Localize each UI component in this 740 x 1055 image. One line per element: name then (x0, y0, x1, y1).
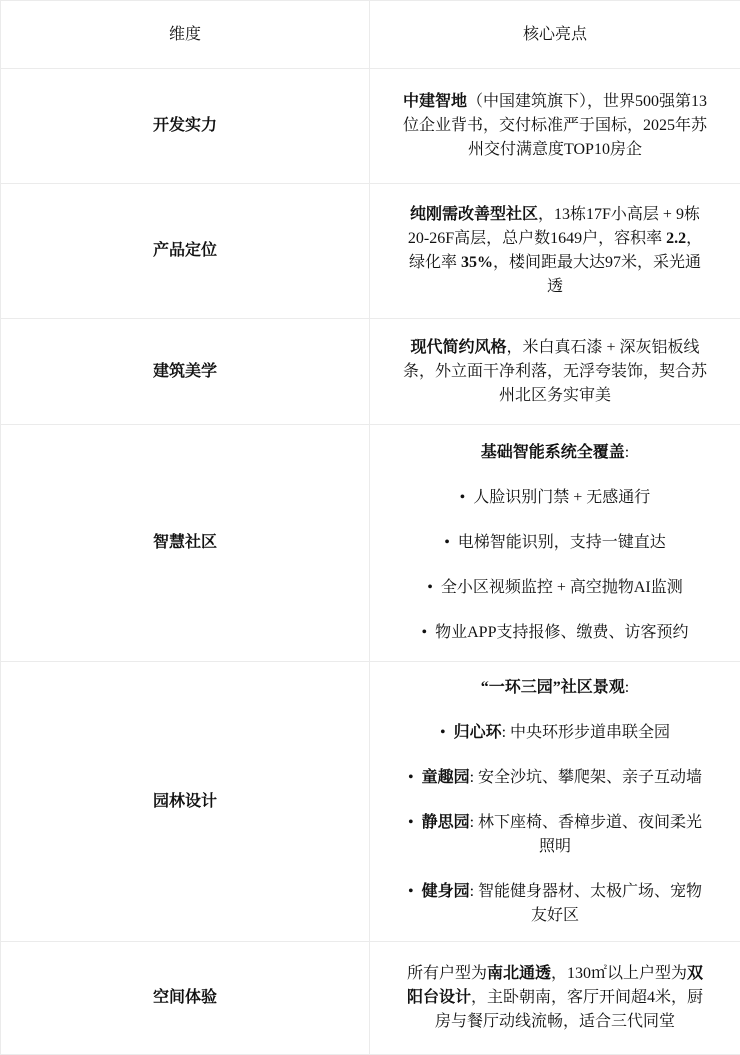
highlight-paragraph: 所有户型为南北通透，130㎡以上户型为双阳台设计，主卧朝南，客厅开间超4米，厨房… (401, 962, 709, 1034)
list-heading: “一环三园”社区景观: (481, 676, 629, 700)
text-bold: 基础智能系统全覆盖 (481, 444, 625, 461)
highlight-cell: 所有户型为南北通透，130㎡以上户型为双阳台设计，主卧朝南，客厅开间超4米，厨房… (370, 942, 740, 1055)
list-item: •物业APP支持报修、缴费、访客预约 (422, 621, 689, 645)
table-header-row: 维度 核心亮点 (1, 1, 740, 69)
text-bold: 南北通透 (487, 965, 551, 982)
list-item: •静思园: 林下座椅、香樟步道、夜间柔光照明 (401, 811, 709, 859)
text-bold: 2.2 (666, 230, 686, 247)
list-item: •电梯智能识别，支持一键直达 (444, 531, 666, 555)
text-plain: : 林下座椅、香樟步道、夜间柔光照明 (470, 814, 702, 855)
text-bold: 纯刚需改善型社区 (410, 206, 538, 223)
text-bold: 中建智地 (403, 93, 467, 110)
text-plain: ，130㎡以上户型为 (551, 965, 687, 982)
highlight-paragraph: 现代简约风格，米白真石漆 + 深灰铝板线条，外立面干净利落，无浮夸装饰，契合苏州… (401, 336, 709, 408)
text-bold: 健身园 (422, 883, 470, 900)
text-plain: : (625, 444, 629, 461)
dimension-label: 开发实力 (153, 117, 217, 134)
text-plain: : 中央环形步道串联全园 (502, 724, 670, 741)
text-plain: 电梯智能识别，支持一键直达 (458, 534, 666, 551)
list-item: •健身园: 智能健身器材、太极广场、宠物友好区 (401, 880, 709, 928)
table-row-smart-community: 智慧社区 基础智能系统全覆盖: •人脸识别门禁 + 无感通行 •电梯智能识别，支… (1, 425, 740, 662)
text-bold: 童趣园 (422, 769, 470, 786)
text-plain: ，楼间距最大达97米，采光通透 (493, 254, 701, 295)
highlight-list: “一环三园”社区景观: •归心环: 中央环形步道串联全园 •童趣园: 安全沙坑、… (401, 676, 709, 928)
text-plain: : (625, 679, 629, 696)
table-row-space-experience: 空间体验 所有户型为南北通透，130㎡以上户型为双阳台设计，主卧朝南，客厅开间超… (1, 942, 740, 1055)
bullet-icon: • (422, 624, 428, 641)
text-bold: 现代简约风格 (410, 339, 506, 356)
dimension-label: 空间体验 (153, 989, 217, 1006)
text-bold: “一环三园”社区景观 (481, 679, 625, 696)
dimension-label: 建筑美学 (153, 363, 217, 380)
table-row-architectural-aesthetics: 建筑美学 现代简约风格，米白真石漆 + 深灰铝板线条，外立面干净利落，无浮夸装饰… (1, 319, 740, 425)
table-row-landscape-design: 园林设计 “一环三园”社区景观: •归心环: 中央环形步道串联全园 •童趣园: … (1, 662, 740, 942)
bullet-icon: • (408, 883, 414, 900)
text-plain: 全小区视频监控 + 高空抛物AI监测 (441, 579, 683, 596)
dimension-label: 产品定位 (153, 242, 217, 259)
dimension-cell: 开发实力 (1, 69, 370, 184)
highlight-cell: 基础智能系统全覆盖: •人脸识别门禁 + 无感通行 •电梯智能识别，支持一键直达… (370, 425, 740, 662)
dimension-cell: 产品定位 (1, 184, 370, 319)
highlight-cell: 现代简约风格，米白真石漆 + 深灰铝板线条，外立面干净利落，无浮夸装饰，契合苏州… (370, 319, 740, 425)
text-bold: 归心环 (454, 724, 502, 741)
list-heading: 基础智能系统全覆盖: (481, 441, 629, 465)
bullet-icon: • (408, 769, 414, 786)
text-plain: 所有户型为 (407, 965, 487, 982)
table-row-development-strength: 开发实力 中建智地（中国建筑旗下），世界500强第13位企业背书，交付标准严于国… (1, 69, 740, 184)
column-header-dimension: 维度 (1, 1, 370, 69)
text-plain: 物业APP支持报修、缴费、访客预约 (435, 624, 688, 641)
text-bold: 35% (461, 254, 493, 271)
bullet-icon: • (408, 814, 414, 831)
bullet-icon: • (427, 579, 433, 596)
highlight-cell: “一环三园”社区景观: •归心环: 中央环形步道串联全园 •童趣园: 安全沙坑、… (370, 662, 740, 942)
text-plain: 人脸识别门禁 + 无感通行 (473, 489, 650, 506)
list-item: •归心环: 中央环形步道串联全园 (440, 721, 670, 745)
dimension-label: 智慧社区 (153, 534, 217, 551)
column-header-highlight: 核心亮点 (370, 1, 740, 69)
text-plain: ，主卧朝南，客厅开间超4米，厨房与餐厅动线流畅，适合三代同堂 (435, 989, 703, 1030)
dimension-label: 园林设计 (153, 793, 217, 810)
highlight-cell: 纯刚需改善型社区，13栋17F小高层 + 9栋20-26F高层，总户数1649户… (370, 184, 740, 319)
bullet-icon: • (460, 489, 466, 506)
highlights-table: 维度 核心亮点 开发实力 中建智地（中国建筑旗下），世界500强第13位企业背书… (0, 0, 740, 1055)
table-row-product-positioning: 产品定位 纯刚需改善型社区，13栋17F小高层 + 9栋20-26F高层，总户数… (1, 184, 740, 319)
list-item: •人脸识别门禁 + 无感通行 (460, 486, 651, 510)
text-plain: : 智能健身器材、太极广场、宠物友好区 (470, 883, 702, 924)
text-plain: : 安全沙坑、攀爬架、亲子互动墙 (470, 769, 702, 786)
dimension-cell: 园林设计 (1, 662, 370, 942)
text-bold: 静思园 (422, 814, 470, 831)
list-item: •童趣园: 安全沙坑、攀爬架、亲子互动墙 (408, 766, 702, 790)
list-item: •全小区视频监控 + 高空抛物AI监测 (427, 576, 683, 600)
bullet-icon: • (444, 534, 450, 551)
highlight-cell: 中建智地（中国建筑旗下），世界500强第13位企业背书，交付标准严于国标，202… (370, 69, 740, 184)
highlight-paragraph: 纯刚需改善型社区，13栋17F小高层 + 9栋20-26F高层，总户数1649户… (401, 203, 709, 299)
highlight-paragraph: 中建智地（中国建筑旗下），世界500强第13位企业背书，交付标准严于国标，202… (401, 90, 709, 162)
highlight-list: 基础智能系统全覆盖: •人脸识别门禁 + 无感通行 •电梯智能识别，支持一键直达… (401, 441, 709, 645)
bullet-icon: • (440, 724, 446, 741)
dimension-cell: 建筑美学 (1, 319, 370, 425)
dimension-cell: 空间体验 (1, 942, 370, 1055)
dimension-cell: 智慧社区 (1, 425, 370, 662)
